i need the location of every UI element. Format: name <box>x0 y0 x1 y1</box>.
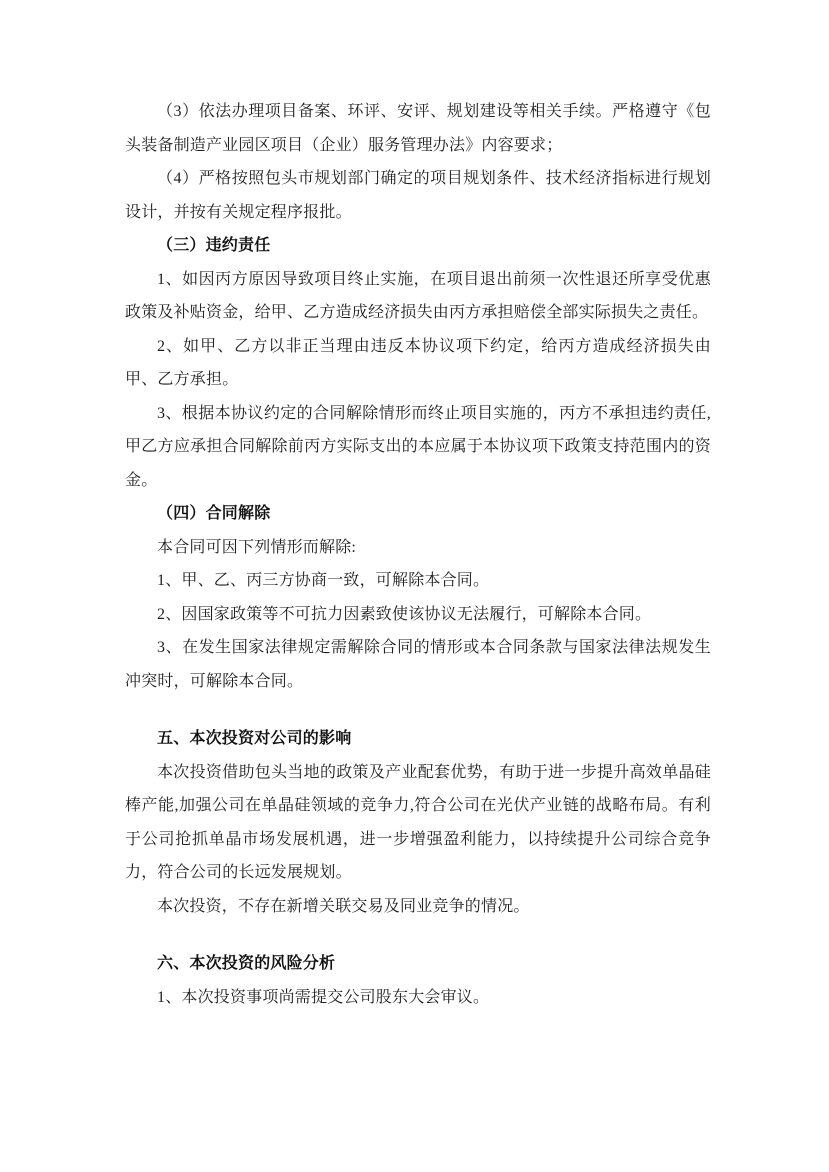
document-page: （3）依法办理项目备案、环评、安评、规划建设等相关手续。严格遵守《包头装备制造产… <box>0 0 829 1172</box>
body-paragraph: 3、根据本协议约定的合同解除情形而终止项目实施的，丙方不承担违约责任,甲乙方应承… <box>125 397 711 498</box>
body-paragraph: 3、在发生国家法律规定需解除合同的情形或本合同条款与国家法律法规发生冲突时，可解… <box>125 631 711 698</box>
body-paragraph: 2、如甲、乙方以非正当理由违反本协议项下约定，给丙方造成经济损失由甲、乙方承担。 <box>125 330 711 397</box>
section-heading: 五、本次投资对公司的影响 <box>125 722 711 756</box>
body-paragraph: 本次投资借助包头当地的政策及产业配套优势，有助于进一步提升高效单晶硅棒产能,加强… <box>125 756 711 890</box>
body-paragraph: 1、甲、乙、丙三方协商一致，可解除本合同。 <box>125 564 711 598</box>
section-heading: （四）合同解除 <box>125 497 711 531</box>
section-heading: （三）违约责任 <box>125 229 711 263</box>
body-paragraph: （3）依法办理项目备案、环评、安评、规划建设等相关手续。严格遵守《包头装备制造产… <box>125 95 711 162</box>
body-paragraph: 1、本次投资事项尚需提交公司股东大会审议。 <box>125 981 711 1015</box>
document-body: （3）依法办理项目备案、环评、安评、规划建设等相关手续。严格遵守《包头装备制造产… <box>125 95 711 1014</box>
section-heading: 六、本次投资的风险分析 <box>125 947 711 981</box>
body-paragraph: 本次投资，不存在新增关联交易及同业竞争的情况。 <box>125 890 711 924</box>
body-paragraph: 2、因国家政策等不可抗力因素致使该协议无法履行，可解除本合同。 <box>125 598 711 632</box>
body-paragraph: 1、如因丙方原因导致项目终止实施，在项目退出前须一次性退还所享受优惠政策及补贴资… <box>125 263 711 330</box>
body-paragraph: 本合同可因下列情形而解除: <box>125 531 711 565</box>
body-paragraph: （4）严格按照包头市规划部门确定的项目规划条件、技术经济指标进行规划设计，并按有… <box>125 162 711 229</box>
